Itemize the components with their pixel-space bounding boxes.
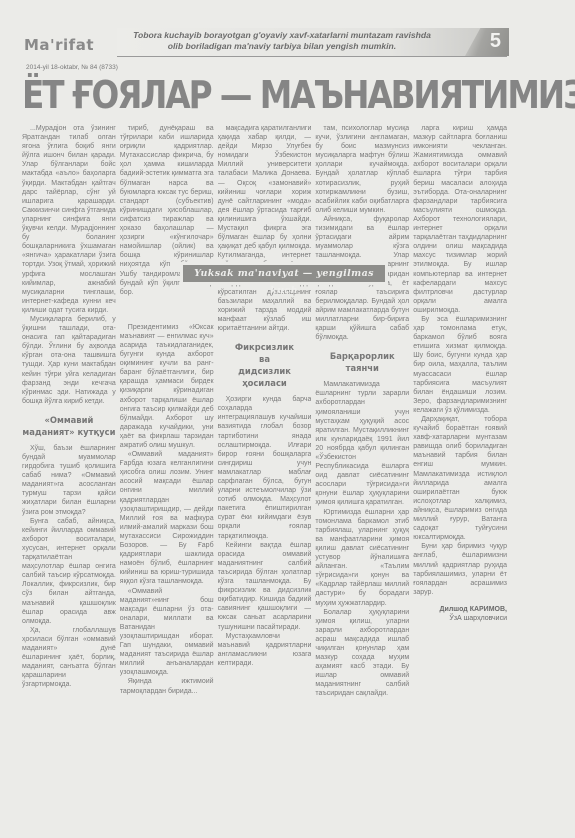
- paragraph: Буни ҳар биримиз чуқур англаб, ёшларимиз…: [413, 542, 507, 597]
- paragraph: Болалар ҳуқуқларини ҳимоя қилиш, уларни …: [315, 608, 409, 699]
- paragraph: Бу эса ёшларимизнинг ҳар томонлама етук,…: [413, 315, 507, 415]
- column-3: мақсадига қаратилганлиги ҳақида хабар қи…: [218, 124, 312, 814]
- paragraph: Бунга сабаб, айниқса, кейинги йилларда о…: [22, 517, 116, 626]
- paragraph: там, психологлар мусиқа кучи, ўзлигини а…: [315, 124, 409, 215]
- column-1: ...Мурадjон ота ўзининг Яратгандан тилаб…: [22, 124, 116, 814]
- paragraph: Мамлакатимизда ёшларнинг турли зарарли а…: [315, 380, 409, 507]
- author-signature: Дилшод КАРИМОВ, ЎзА шарҳловчиси: [413, 605, 507, 623]
- paragraph: Хўш, баъзи ёшларнинг бундай муаммолар ги…: [22, 444, 116, 517]
- issue-date-line: 2014-yil 18-oktabr, № 84 (8733): [26, 64, 118, 71]
- page-number-badge: 5: [465, 28, 509, 56]
- subheading-barqarorlik: Барқарорлик таянчи: [315, 350, 409, 374]
- paragraph: Президентимиз «Юксак маънавият — енгилма…: [120, 323, 214, 450]
- paragraph: Яқинда ижтимоий тармоқлардан бирида...: [120, 677, 214, 695]
- column-5: ларга кириш ҳамда мазкур сайтларга боғла…: [413, 124, 507, 814]
- column-4: там, психологлар мусиқа кучи, ўзлигини а…: [315, 124, 409, 814]
- author-name: Дилшод КАРИМОВ,: [413, 605, 507, 614]
- slogan: Tobora kuchayib borayotgan g'oyaviy xavf…: [117, 30, 447, 52]
- subheading-fikrsizlik: Фикрсизлик ва дидсизлик ҳосиласи: [218, 341, 312, 389]
- paragraph: «Оммавий маданият»нинг бош мақсади ёшлар…: [120, 587, 214, 678]
- blank-margin: [510, 124, 575, 814]
- paragraph: мақсадига қаратилганлиги ҳақида хабар қи…: [218, 124, 312, 333]
- newspaper-brand: Ma'rifat: [24, 36, 94, 54]
- author-role: ЎзА шарҳловчиси: [413, 614, 507, 623]
- paragraph: Ҳозирги кунда барча соҳаларда интеграция…: [218, 395, 312, 541]
- paragraph: Кейинги вақтда ёшлар орасида оммавий мад…: [218, 541, 312, 632]
- article-body: ...Мурадjон ота ўзининг Яратгандан тилаб…: [22, 124, 507, 814]
- paragraph: «Оммавий маданият» Ғарбда юзага келганли…: [120, 450, 214, 586]
- paragraph: Юртимизда ёшларни ҳар томонлама баркамол…: [315, 508, 409, 608]
- subheading-ommaviy-madaniyat: «Оммавий маданият» кутқуси: [22, 414, 116, 438]
- column-2: тириб, дунёқараш ва тўғрилари каби ишлар…: [120, 124, 214, 814]
- paragraph: Ҳа, глобаллашув ҳосиласи бўлган «оммавий…: [22, 626, 116, 690]
- slogan-box: Tobora kuchayib borayotgan g'oyaviy xavf…: [117, 28, 507, 57]
- paragraph: Мустаҳкамловчи маънавий қадриятларни анг…: [218, 632, 312, 668]
- slogan-line-1: Tobora kuchayib borayotgan g'oyaviy xavf…: [133, 30, 431, 40]
- paragraph: Мусиқаларга берилиб, у ўқишни ташлади, о…: [22, 315, 116, 406]
- paragraph: ларга кириш ҳамда мазкур сайтларга боғла…: [413, 124, 507, 315]
- article-headline: ЁТ ҒОЯЛАР — МАЪНАВИЯТИМИЗ ЗАВОЛИ: [22, 72, 439, 118]
- slogan-line-2: olib boriladigan ma'naviy tarbiya bilan …: [168, 41, 396, 51]
- paragraph: ...Мурадjон ота ўзининг Яратгандан тилаб…: [22, 124, 116, 315]
- masthead: Ma'rifat Tobora kuchayib borayotgan g'oy…: [22, 28, 500, 56]
- paragraph: Дарҳақиқат, тобора кучайиб бораётган ғоя…: [413, 415, 507, 542]
- pullquote-banner: Yuksak ma'naviyat — yengilmas kuch: [183, 265, 385, 282]
- page-number: 5: [490, 30, 501, 53]
